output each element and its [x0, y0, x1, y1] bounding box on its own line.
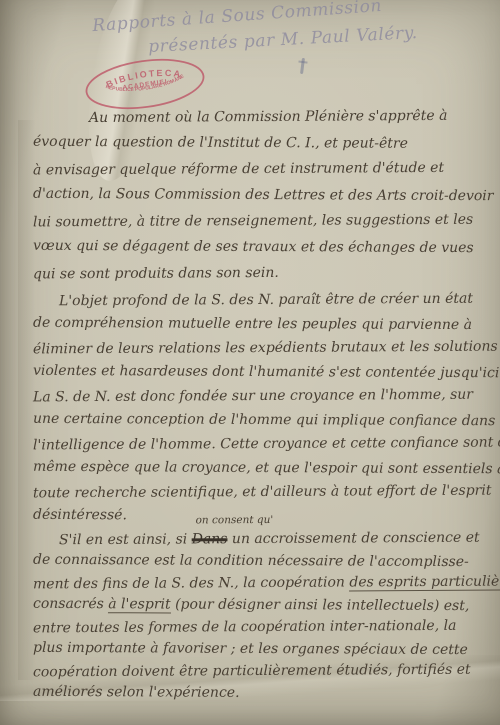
struck-text: Dans	[192, 531, 228, 547]
manuscript-line: Au moment où la Commission Plénière s'ap…	[33, 103, 490, 132]
manuscript-line: évoquer la question de l'Institut de C. …	[33, 129, 490, 157]
small-pencil-mark	[300, 58, 305, 74]
manuscript-line: plus importante à favoriser ; et les org…	[33, 637, 490, 661]
manuscript-paragraph-1: Au moment où la Commission Plénière s'ap…	[33, 104, 490, 286]
manuscript-line: de compréhension mutuelle entre les peup…	[33, 311, 490, 337]
interline-insertion: on consent qu'	[196, 515, 274, 525]
manuscript-line: l'intelligence de l'homme. Cette croyanc…	[33, 431, 490, 458]
manuscript-line: une certaine conception de l'homme qui i…	[33, 407, 490, 433]
manuscript-line: à envisager quelque réforme de cet instr…	[33, 155, 490, 184]
manuscript-line: d'action, la Sous Commission des Lettres…	[33, 181, 490, 209]
manuscript-line: toute recherche scientifique, et d'aille…	[33, 479, 490, 506]
manuscript-line: même espèce que la croyance, et que l'es…	[33, 455, 490, 481]
manuscript-line: vœux qui se dégagent de ses travaux et d…	[33, 233, 490, 261]
underlined-phrase: à l'esprit	[108, 596, 170, 613]
manuscript-line-with-underline: consacrés à l'esprit (pour désigner ains…	[33, 593, 490, 617]
manuscript-paragraph-2: L'objet profond de la S. des N. paraît ê…	[33, 288, 490, 528]
manuscript-line: lui soumettre, à titre de renseignement,…	[33, 207, 490, 236]
page-scan: Rapports à la Sous Commission présentés …	[0, 0, 500, 725]
line-text: (pour désigner ainsi les intellectuels) …	[171, 597, 470, 615]
manuscript-line: de connaissance est la condition nécessa…	[33, 549, 490, 573]
manuscript-line: éliminer de leurs relations les expédien…	[33, 335, 490, 362]
manuscript-line: qui se sont produits dans son sein.	[33, 259, 490, 288]
line-text: consacrés	[33, 596, 108, 612]
manuscript-line: entre toutes les formes de la coopératio…	[33, 615, 490, 640]
manuscript-paragraph-3: S'il en est ainsi, si Danson consent qu'…	[33, 528, 490, 704]
manuscript-line: coopération doivent être particulièremen…	[33, 659, 490, 684]
manuscript-line: améliorés selon l'expérience.	[33, 681, 490, 705]
manuscript-line: L'objet profond de la S. des N. paraît ê…	[33, 287, 490, 314]
manuscript-line-with-correction: S'il en est ainsi, si Danson consent qu'…	[33, 527, 490, 552]
line-text: un accroissement de conscience et	[227, 530, 479, 548]
strikethrough-word: Danson consent qu'	[192, 528, 228, 550]
line-text: ment des fins de la S. des N., la coopér…	[33, 574, 349, 592]
line-text: S'il en est ainsi, si	[59, 531, 192, 548]
underlined-phrase: des esprits particulièrement	[349, 573, 500, 591]
manuscript-line: La S. de N. est donc fondée sur une croy…	[33, 383, 490, 410]
manuscript-line-with-underline: ment des fins de la S. des N., la coopér…	[33, 571, 490, 596]
manuscript-line: violentes et hasardeuses dont l'humanité…	[33, 359, 490, 385]
